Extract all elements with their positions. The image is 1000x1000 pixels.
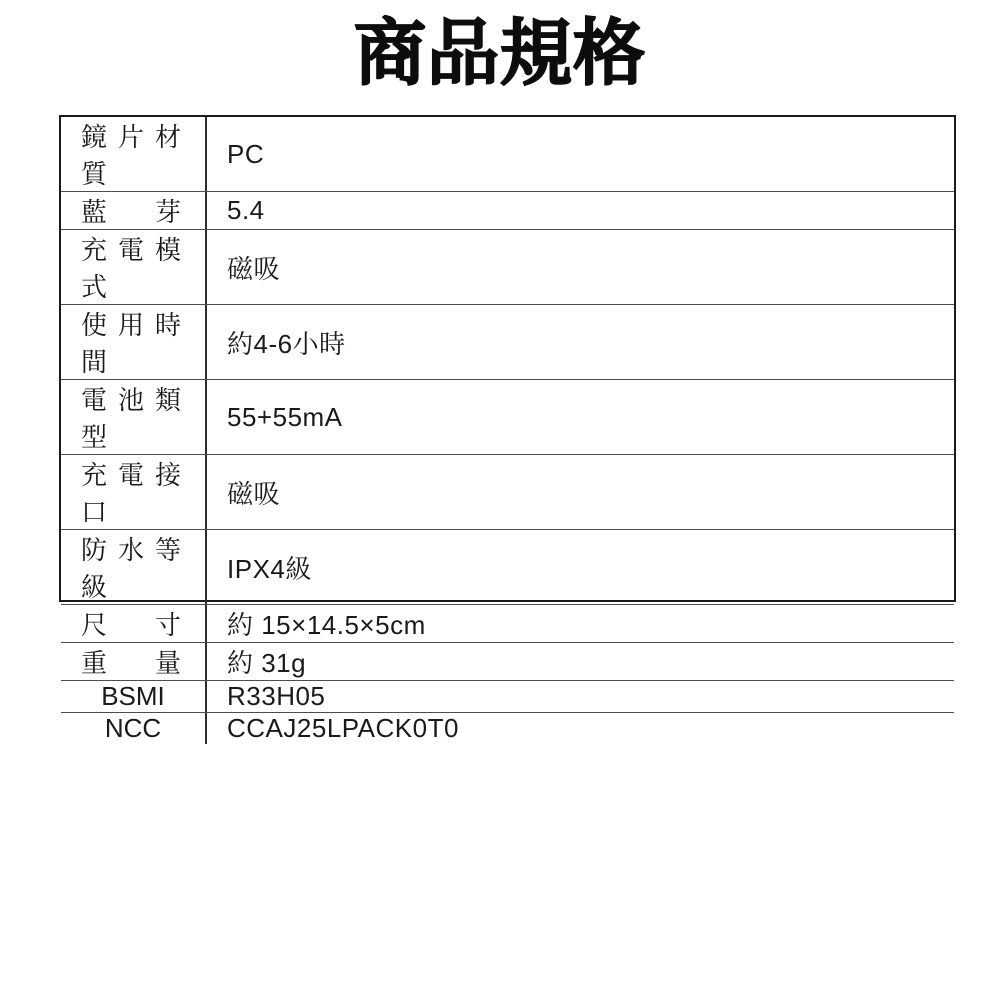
spec-value: 磁吸 [207,230,954,304]
spec-label-text: 防水等級 [81,530,181,604]
spec-table: 鏡片材質 PC 藍芽 5.4 充電模式 磁吸 使用時間 約4-6小時 電池類型 … [59,115,956,602]
spec-row-lens-material: 鏡片材質 PC [61,117,954,191]
spec-value: CCAJ25LPACK0T0 [207,713,954,744]
spec-row-dimensions: 尺寸 約 15×14.5×5cm [61,604,954,642]
spec-row-charging-port: 充電接口 磁吸 [61,454,954,529]
spec-row-bluetooth: 藍芽 5.4 [61,191,954,229]
spec-label-text: 藍芽 [81,192,181,229]
spec-label: 使用時間 [61,305,207,379]
spec-row-weight: 重量 約 31g [61,642,954,680]
spec-label-text: 鏡片材質 [81,117,181,191]
spec-row-battery-type: 電池類型 55+55mA [61,379,954,454]
spec-value: 55+55mA [207,380,954,454]
spec-label-text: 電池類型 [81,380,181,454]
spec-value: PC [207,117,954,191]
spec-row-ncc: NCC CCAJ25LPACK0T0 [61,712,954,744]
spec-label: 鏡片材質 [61,117,207,191]
spec-row-charging-mode: 充電模式 磁吸 [61,229,954,304]
spec-label: 防水等級 [61,530,207,604]
spec-value: 5.4 [207,192,954,229]
spec-value: 約 31g [207,643,954,680]
page-title: 商品規格 [0,8,1000,100]
spec-value: R33H05 [207,681,954,712]
spec-label: 重量 [61,643,207,680]
spec-row-waterproof-rating: 防水等級 IPX4級 [61,529,954,604]
spec-value: 約4-6小時 [207,305,954,379]
spec-label-text: 使用時間 [81,305,181,379]
spec-label: 尺寸 [61,605,207,642]
product-spec-page: 商品規格 鏡片材質 PC 藍芽 5.4 充電模式 磁吸 使用時間 約4-6小時 … [0,0,1000,1000]
spec-label: BSMI [61,681,207,712]
spec-row-bsmi: BSMI R33H05 [61,680,954,712]
spec-label-text: 充電模式 [81,230,181,304]
spec-label-text: 重量 [81,643,181,680]
spec-value: 約 15×14.5×5cm [207,605,954,642]
spec-label: 充電模式 [61,230,207,304]
spec-label-text: BSMI [71,681,195,712]
spec-label-text: 充電接口 [81,455,181,529]
spec-label-text: 尺寸 [81,605,181,642]
spec-label: 充電接口 [61,455,207,529]
spec-label: 藍芽 [61,192,207,229]
spec-value: 磁吸 [207,455,954,529]
spec-value: IPX4級 [207,530,954,604]
spec-label: NCC [61,713,207,744]
spec-row-usage-time: 使用時間 約4-6小時 [61,304,954,379]
spec-label: 電池類型 [61,380,207,454]
spec-label-text: NCC [71,713,195,744]
